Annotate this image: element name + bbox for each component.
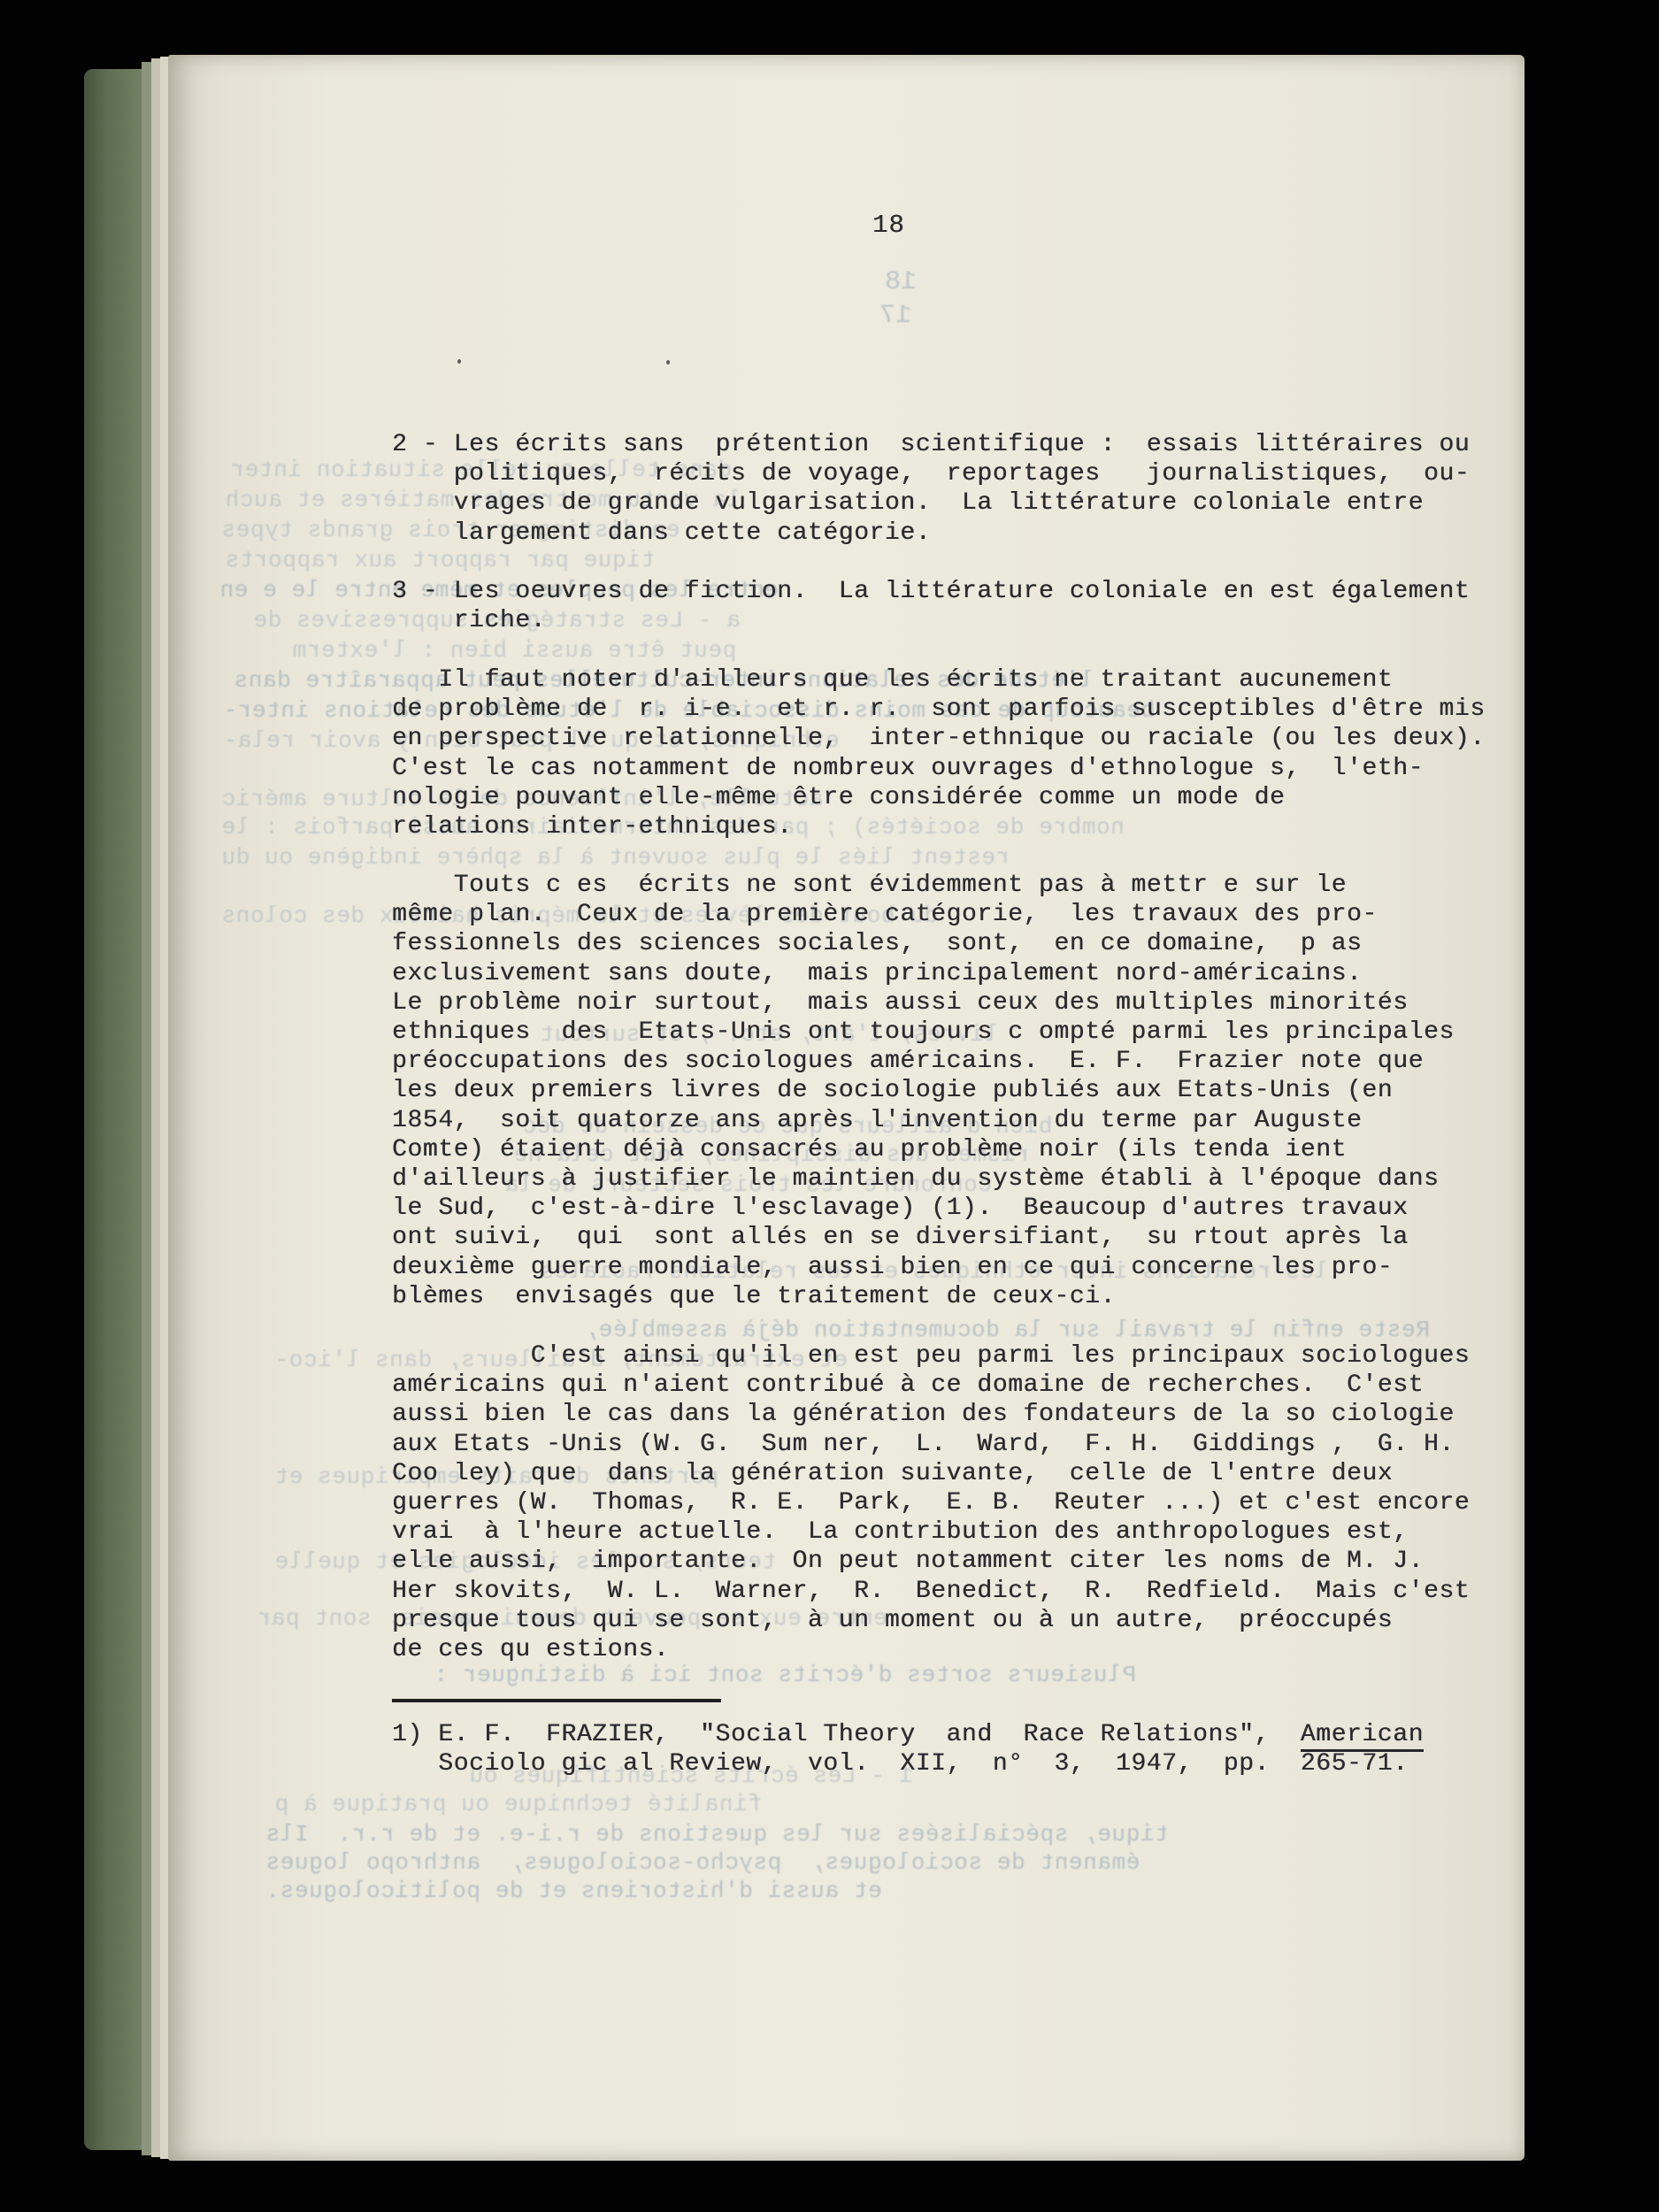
bleed-through-page-number: 17 (879, 301, 911, 331)
bleed-through-text: Reste enfin le travail sur la documentat… (584, 1317, 1430, 1343)
typewritten-line: relations inter-ethniques. (392, 812, 1486, 841)
book-page: dans telle ou telle situation interla ve… (168, 55, 1525, 2161)
bleed-through-text: finalité technique ou pratique à p (274, 1791, 762, 1817)
book-photo-scene: dans telle ou telle situation interla ve… (0, 0, 1659, 2212)
typewritten-line: vrai à l'heure actuelle. La contribution… (392, 1517, 1470, 1547)
bleed-through-text: Plusieurs sortes d'écrits sont ici à dis… (434, 1662, 1136, 1688)
bleed-through-page-number: 18 (885, 267, 917, 297)
typewritten-line: elle aussi, importante. On peut notammen… (392, 1547, 1470, 1576)
footnote-journal-underlined: American (1301, 1721, 1424, 1752)
list-item-3: 3 - Les oeuvres de fiction. La littératu… (392, 577, 1470, 635)
typewritten-line: préoccupations des sociologues américain… (392, 1047, 1455, 1076)
typewritten-line: Coo ley) que dans la génération suivante… (392, 1459, 1470, 1488)
bleed-through-text: tique, spécialisées sur les questions de… (265, 1821, 1169, 1847)
bleed-through-text: tique par rapport aux rapports (225, 547, 655, 573)
footnote-citation-text: 1) E. F. FRAZIER, "Social Theory and Rac… (392, 1721, 1301, 1748)
bleed-through-text: émanent de sociologues, psycho-sociologu… (265, 1849, 1140, 1876)
ink-speck (666, 360, 670, 365)
bleed-through-text: et aussi d'historiens et de politicologu… (265, 1878, 882, 1904)
typewritten-line: blèmes envisagés que le traitement de ce… (392, 1282, 1455, 1311)
typewritten-line: aussi bien le cas dans la génération des… (392, 1400, 1470, 1429)
typewritten-line: américains qui n'aient contribué à ce do… (392, 1371, 1470, 1400)
paragraph-touts-ces-ecrits: Touts c es écrits ne sont évidemment pas… (392, 871, 1455, 1311)
typewritten-line: politiques, récits de voyage, reportages… (392, 459, 1470, 488)
typewritten-line: en perspective relationnelle, inter-ethn… (392, 724, 1486, 753)
typewritten-line: largement dans cette catégorie. (392, 518, 1470, 548)
typewritten-line: de ces qu estions. (392, 1635, 1470, 1664)
typewritten-line: Il faut noter d'ailleurs que les écrits … (392, 665, 1486, 695)
typewritten-line: C'est ainsi qu'il en est peu parmi les p… (392, 1341, 1470, 1371)
typewritten-line: 3 - Les oeuvres de fiction. La littératu… (392, 577, 1470, 606)
typewritten-line: 1854, soit quatorze ans après l'inventio… (392, 1106, 1455, 1135)
typewritten-line: les deux premiers livres de sociologie p… (392, 1076, 1455, 1105)
typewritten-line: presque tous qui se sont, à un moment ou… (392, 1606, 1470, 1635)
bleed-through-text: peut être aussi bien : l'exterm (292, 637, 736, 664)
paragraph-il-faut-noter: Il faut noter d'ailleurs que les écrits … (392, 665, 1486, 841)
typewritten-line: guerres (W. Thomas, R. E. Park, E. B. Re… (392, 1488, 1470, 1517)
typewritten-line: fessionnels des sciences sociales, sont,… (392, 929, 1455, 958)
typewritten-line: Touts c es écrits ne sont évidemment pas… (392, 871, 1455, 900)
paragraph-cest-ainsi: C'est ainsi qu'il en est peu parmi les p… (392, 1341, 1470, 1664)
list-item-2: 2 - Les écrits sans prétention scientifi… (392, 430, 1470, 548)
footnote-line-1: 1) E. F. FRAZIER, "Social Theory and Rac… (392, 1720, 1424, 1749)
ink-speck (457, 359, 461, 364)
typewritten-line: riche. (392, 606, 1470, 635)
typewritten-line: même plan. Ceux de la première catégorie… (392, 900, 1455, 929)
typewritten-line: exclusivement sans doute, mais principal… (392, 959, 1455, 988)
typewritten-line: deuxième guerre mondiale, aussi bien en … (392, 1253, 1455, 1282)
typewritten-line: Comte) étaient déjà consacrés au problèm… (392, 1135, 1455, 1164)
typewritten-line: Her skovits, W. L. Warner, R. Benedict, … (392, 1577, 1470, 1606)
footnote-separator-rule (392, 1699, 721, 1702)
typewritten-line: ethniques des Etats-Unis ont toujours c … (392, 1018, 1455, 1047)
typewritten-line: ont suivi, qui sont allés en se diversif… (392, 1223, 1455, 1252)
typewritten-line: de problème de r. i-e. et r. r. sont par… (392, 695, 1486, 724)
typewritten-line: C'est le cas notamment de nombreux ouvra… (392, 754, 1486, 783)
page-number: 18 (872, 211, 905, 240)
typewritten-line: 2 - Les écrits sans prétention scientifi… (392, 430, 1470, 459)
footnote: 1) E. F. FRAZIER, "Social Theory and Rac… (392, 1720, 1424, 1778)
typewritten-line: le Sud, c'est-à-dire l'esclavage) (1). B… (392, 1194, 1455, 1223)
typewritten-line: aux Etats -Unis (W. G. Sum ner, L. Ward,… (392, 1430, 1470, 1459)
typewritten-line: nologie pouvant elle-même être considéré… (392, 783, 1486, 812)
typewritten-line: vrages de grande vulgarisation. La litté… (392, 488, 1470, 518)
bleed-through-text: restent liés le plus souvent à la sphère… (221, 844, 1010, 871)
book-cover-spine (84, 69, 148, 2150)
typewritten-line: d'ailleurs à justifier le maintien du sy… (392, 1164, 1455, 1194)
typewritten-line: Le problème noir surtout, mais aussi ceu… (392, 988, 1455, 1018)
footnote-line-2: Sociolo gic al Review, vol. XII, n° 3, 1… (392, 1749, 1424, 1778)
